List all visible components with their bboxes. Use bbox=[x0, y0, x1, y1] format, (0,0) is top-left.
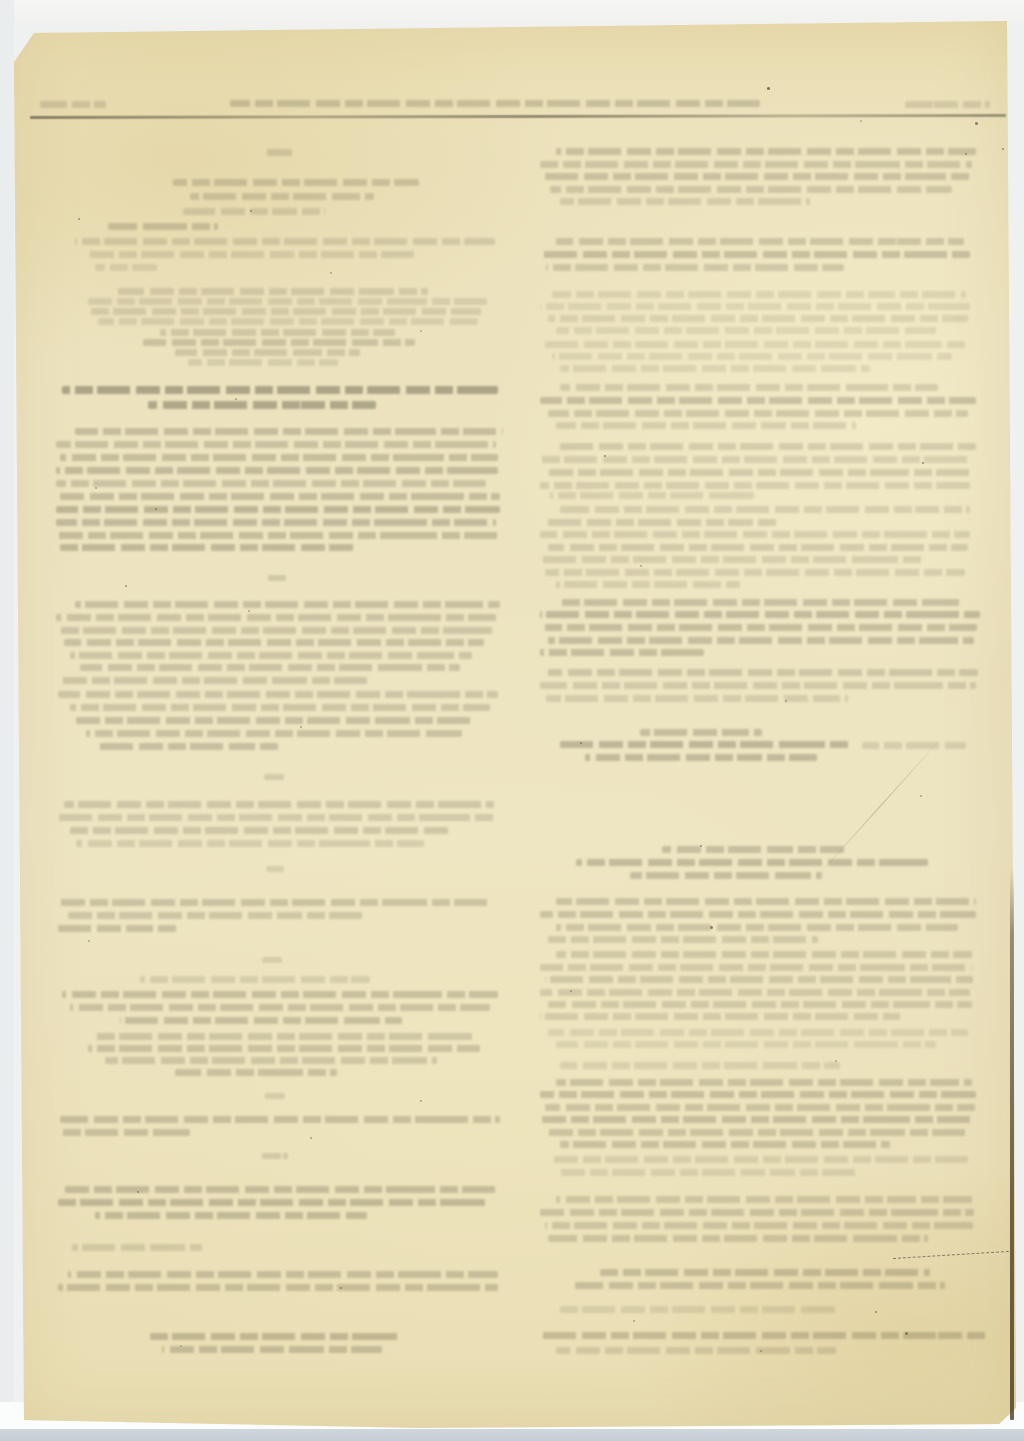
faded-text-line bbox=[60, 627, 496, 634]
faded-text-line bbox=[62, 386, 498, 394]
faded-text-line bbox=[96, 743, 278, 750]
faded-text-line bbox=[70, 1004, 490, 1011]
faded-text-line bbox=[540, 989, 970, 996]
faded-text-line bbox=[630, 872, 822, 879]
faded-text-line bbox=[60, 1116, 500, 1123]
faded-text-line bbox=[560, 1141, 890, 1148]
faded-text-line bbox=[60, 677, 370, 684]
faded-text-line bbox=[556, 581, 740, 588]
paper-speck bbox=[420, 330, 422, 332]
faded-text-line bbox=[150, 1333, 402, 1340]
paper-speck bbox=[310, 1137, 312, 1139]
faded-text-line bbox=[70, 827, 448, 834]
faded-text-line bbox=[556, 951, 972, 958]
faded-text-line bbox=[56, 614, 496, 621]
faded-text-line bbox=[56, 519, 496, 526]
faded-text-line bbox=[120, 1017, 402, 1024]
faded-text-line bbox=[95, 264, 157, 271]
scan-edge-shadow bbox=[1010, 868, 1014, 1420]
paper-speck bbox=[860, 120, 862, 122]
faded-text-line bbox=[545, 519, 777, 526]
paper-speck bbox=[155, 508, 157, 510]
header-rule bbox=[30, 114, 1006, 119]
faded-text-line bbox=[575, 1282, 945, 1289]
faded-text-line bbox=[560, 1306, 840, 1313]
paper-speck bbox=[340, 1287, 342, 1289]
faded-text-line bbox=[95, 1212, 367, 1219]
faded-text-line bbox=[550, 492, 754, 499]
faded-text-line bbox=[175, 349, 360, 356]
header-text-run bbox=[230, 100, 760, 107]
ink-layer bbox=[0, 0, 1024, 1441]
faded-text-line bbox=[585, 754, 817, 761]
faded-text-line bbox=[552, 291, 966, 298]
scan-stage bbox=[0, 0, 1024, 1441]
faded-text-line bbox=[545, 469, 971, 476]
faded-text-line bbox=[540, 456, 970, 463]
faded-text-line bbox=[62, 991, 498, 998]
faded-text-line bbox=[545, 976, 973, 983]
header-text-run bbox=[40, 101, 106, 108]
paper-speck bbox=[633, 1320, 635, 1322]
faded-text-line bbox=[560, 741, 852, 748]
faded-text-line bbox=[75, 238, 495, 245]
faded-text-line bbox=[58, 814, 496, 821]
faded-text-line bbox=[76, 717, 476, 724]
faded-text-line bbox=[58, 925, 180, 932]
faded-text-line bbox=[862, 742, 966, 749]
faded-text-line bbox=[540, 682, 976, 689]
faded-text-line bbox=[64, 801, 494, 808]
faded-text-line bbox=[548, 1156, 968, 1163]
faded-text-line bbox=[540, 161, 972, 168]
faded-text-line bbox=[548, 315, 968, 322]
faded-text-line bbox=[76, 840, 424, 847]
faded-text-line bbox=[548, 1001, 972, 1008]
faded-text-line bbox=[68, 1271, 498, 1278]
faded-text-line bbox=[540, 611, 980, 618]
faded-text-line bbox=[64, 639, 484, 646]
faded-text-line bbox=[70, 652, 472, 659]
faded-text-line bbox=[560, 1062, 840, 1069]
paper-speck bbox=[88, 940, 90, 942]
faded-text-line bbox=[556, 443, 976, 450]
faded-text-line bbox=[58, 691, 498, 698]
faded-text-line bbox=[262, 149, 292, 156]
paper-speck bbox=[1002, 148, 1004, 150]
paper-speck bbox=[835, 1060, 837, 1062]
paper-speck bbox=[767, 87, 770, 90]
faded-text-line bbox=[544, 341, 968, 348]
faded-text-line bbox=[556, 422, 856, 429]
faded-text-line bbox=[70, 704, 490, 711]
faded-text-line bbox=[548, 637, 974, 644]
faded-text-line bbox=[175, 1069, 337, 1076]
faded-text-line bbox=[548, 1029, 968, 1036]
paper-speck bbox=[975, 122, 978, 125]
faded-text-line bbox=[60, 493, 500, 500]
faded-text-line bbox=[546, 695, 848, 702]
faded-text-line bbox=[143, 339, 415, 346]
faded-text-line bbox=[548, 544, 968, 551]
faded-text-line bbox=[68, 912, 368, 919]
scratch-mark bbox=[893, 1251, 1009, 1259]
faded-text-line bbox=[640, 729, 762, 736]
faded-text-line bbox=[56, 532, 500, 539]
faded-text-line bbox=[545, 1222, 973, 1229]
paper-speck bbox=[250, 210, 252, 212]
faded-text-line bbox=[540, 556, 922, 563]
paper-speck bbox=[235, 398, 237, 400]
paper-speck bbox=[785, 700, 787, 702]
faded-text-line bbox=[85, 298, 490, 305]
faded-text-line bbox=[548, 410, 968, 417]
faded-text-line bbox=[183, 208, 325, 215]
faded-text-line bbox=[540, 1013, 900, 1020]
faded-text-line bbox=[540, 303, 970, 310]
faded-text-line bbox=[56, 467, 498, 474]
faded-text-line bbox=[86, 730, 462, 737]
faded-text-line bbox=[546, 264, 844, 271]
faded-text-line bbox=[540, 1091, 976, 1098]
faded-text-line bbox=[148, 401, 376, 409]
faded-text-line bbox=[58, 1129, 190, 1136]
faded-text-line bbox=[266, 866, 284, 872]
faded-text-line bbox=[262, 1153, 288, 1159]
faded-text-line bbox=[60, 454, 498, 461]
faded-text-line bbox=[62, 1186, 498, 1193]
faded-text-line bbox=[540, 482, 970, 489]
faded-text-line bbox=[95, 1033, 475, 1040]
faded-text-line bbox=[556, 1041, 936, 1048]
paper-speck bbox=[905, 1332, 908, 1335]
faded-text-line bbox=[545, 569, 965, 576]
faded-text-line bbox=[552, 353, 952, 360]
faded-text-line bbox=[545, 1104, 975, 1111]
faded-text-line bbox=[545, 173, 973, 180]
paper-speck bbox=[604, 455, 606, 457]
paper-speck bbox=[78, 218, 80, 220]
faded-text-line bbox=[556, 1079, 972, 1086]
faded-text-line bbox=[540, 964, 972, 971]
faded-text-line bbox=[98, 318, 478, 325]
faded-text-line bbox=[560, 599, 962, 606]
paper-speck bbox=[640, 565, 642, 567]
faded-text-line bbox=[548, 936, 818, 943]
faded-text-line bbox=[75, 601, 500, 608]
faded-text-line bbox=[548, 669, 978, 676]
paper-speck bbox=[700, 845, 702, 847]
paper-speck bbox=[580, 742, 582, 744]
paper-speck bbox=[920, 795, 922, 797]
faded-text-line bbox=[600, 1269, 930, 1276]
faded-text-line bbox=[556, 238, 964, 245]
faded-text-line bbox=[262, 957, 282, 963]
faded-text-line bbox=[88, 1045, 480, 1052]
faded-text-line bbox=[188, 359, 338, 366]
faded-text-line bbox=[540, 1116, 974, 1123]
faded-text-line bbox=[80, 664, 460, 671]
faded-text-line bbox=[265, 1093, 285, 1099]
faded-text-line bbox=[140, 976, 370, 983]
paper-speck bbox=[137, 1191, 139, 1193]
paper-speck bbox=[95, 487, 97, 489]
faded-text-line bbox=[548, 1235, 928, 1242]
paper-speck bbox=[710, 926, 713, 929]
faded-text-line bbox=[58, 1199, 490, 1206]
faded-text-line bbox=[560, 365, 870, 372]
paper-speck bbox=[180, 1345, 182, 1347]
faded-text-line bbox=[108, 223, 218, 230]
faded-text-line bbox=[560, 384, 938, 391]
paper-speck bbox=[420, 1100, 422, 1102]
paper-speck bbox=[125, 585, 127, 587]
faded-text-line bbox=[60, 899, 492, 906]
faded-text-line bbox=[662, 846, 844, 853]
faded-text-line bbox=[548, 1129, 970, 1136]
faded-text-line bbox=[540, 251, 970, 258]
faded-text-line bbox=[550, 186, 952, 193]
faded-text-line bbox=[556, 1169, 856, 1176]
faded-text-line bbox=[556, 1196, 972, 1203]
paper-speck bbox=[300, 726, 302, 728]
paper-speck bbox=[965, 153, 967, 155]
faded-text-line bbox=[173, 179, 419, 186]
faded-text-line bbox=[75, 428, 503, 435]
faded-text-line bbox=[56, 441, 496, 448]
faded-text-line bbox=[545, 624, 977, 631]
faded-text-line bbox=[160, 329, 395, 336]
faded-text-line bbox=[56, 480, 486, 487]
faded-text-line bbox=[60, 544, 358, 551]
faded-text-line bbox=[88, 251, 418, 258]
paper-speck bbox=[330, 272, 332, 274]
faded-text-line bbox=[540, 649, 704, 656]
faded-text-line bbox=[556, 924, 958, 931]
faded-text-line bbox=[556, 1347, 836, 1354]
paper-speck bbox=[922, 462, 924, 464]
faded-text-line bbox=[58, 1284, 498, 1291]
faded-text-line bbox=[560, 506, 970, 513]
faded-text-line bbox=[118, 288, 428, 295]
faded-text-line bbox=[540, 1209, 974, 1216]
faded-text-line bbox=[105, 1057, 437, 1064]
faded-text-line bbox=[540, 911, 976, 918]
faded-text-line bbox=[268, 575, 286, 581]
faded-text-line bbox=[90, 308, 485, 315]
faded-text-line bbox=[162, 1346, 382, 1353]
paper-speck bbox=[875, 1311, 877, 1313]
header-text-run bbox=[905, 101, 990, 108]
paper-speck bbox=[760, 1350, 762, 1352]
faded-text-line bbox=[56, 506, 500, 513]
faded-text-line bbox=[556, 898, 976, 905]
faded-text-line bbox=[264, 774, 284, 780]
faded-text-line bbox=[540, 397, 976, 404]
faded-text-line bbox=[556, 327, 936, 334]
paper-speck bbox=[248, 610, 250, 612]
faded-text-line bbox=[540, 1332, 986, 1339]
faded-text-line bbox=[190, 193, 374, 200]
faded-text-line bbox=[556, 148, 976, 155]
paper-speck bbox=[570, 990, 572, 992]
faded-text-line bbox=[72, 1244, 202, 1251]
faded-text-line bbox=[540, 531, 970, 538]
faded-text-line bbox=[576, 859, 928, 866]
faded-text-line bbox=[560, 198, 810, 205]
